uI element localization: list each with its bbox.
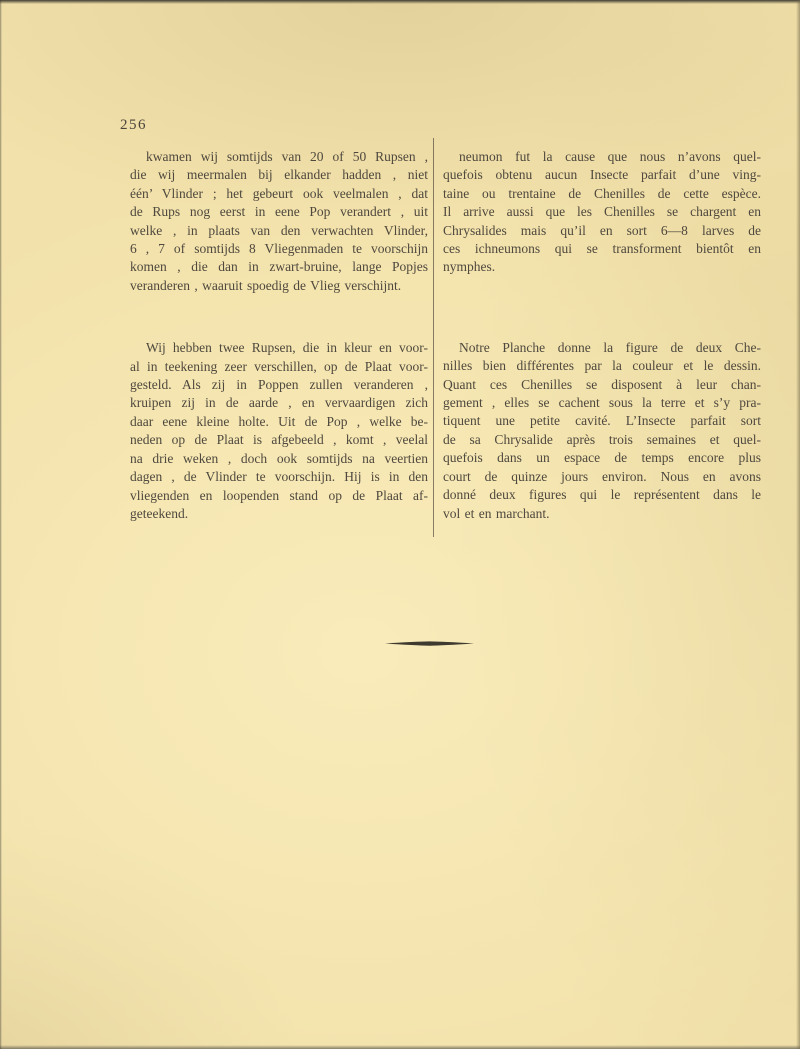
text-line: daar eene kleine holte. Uit de Pop , wel… [130,413,428,431]
text-line: gesteld. Als zij in Poppen zullen verand… [130,376,428,394]
text-line: vliegenden en loopenden stand op de Plaa… [130,487,428,505]
text-line: Quant ces Chenilles se disposent à leur … [443,376,761,394]
text-line: ces ichneumons qui se transforment bient… [443,240,761,258]
column-divider-rule [433,138,434,537]
scanned-book-page: { "page": { "number": "256", "paper_colo… [0,0,800,1049]
text-line: kwamen wij somtijds van 20 of 50 Rupsen … [130,148,428,166]
paragraph: Notre Planche donne la figure de deux Ch… [443,339,761,523]
text-line: welke , in plaats van den verwachten Vli… [130,222,428,240]
dutch-text-column: kwamen wij somtijds van 20 of 50 Rupsen … [130,148,428,523]
text-line: neden op de Plaat is afgebeeld , komt , … [130,431,428,449]
text-line: vol et en marchant. [443,505,761,523]
french-text-column: neumon fut la cause que nous n’avons que… [443,148,761,523]
text-line: veranderen , waaruit spoedig de Vlieg ve… [130,277,428,295]
text-line: quefois dans un espace de temps encore p… [443,449,761,467]
paragraph: Wij hebben twee Rupsen, die in kleur en … [130,339,428,523]
paragraph: kwamen wij somtijds van 20 of 50 Rupsen … [130,148,428,295]
scan-edge-bottom [0,1045,800,1049]
page-number: 256 [120,117,147,134]
text-line: na drie weken , doch ook somtijds na vee… [130,450,428,468]
text-line: Chrysalides mais qu’il en sort 6—8 larve… [443,222,761,240]
text-line: 6 , 7 of somtijds 8 Vliegenmaden te voor… [130,240,428,258]
scan-edge-top [0,0,800,4]
text-line: gement , elles se cachent sous la terre … [443,394,761,412]
text-line: de sa Chrysalide après trois semaines et… [443,431,761,449]
paragraph: neumon fut la cause que nous n’avons que… [443,148,761,277]
text-line: Wij hebben twee Rupsen, die in kleur en … [130,339,428,357]
text-line: nymphes. [443,258,761,276]
text-line: komen , die dan in zwart-bruine, lange P… [130,258,428,276]
text-line: donné deux figures qui le représentent d… [443,486,761,504]
text-line: één’ Vlinder ; het gebeurt ook veelmalen… [130,185,428,203]
text-line: de Rups nog eerst in eene Pop verandert … [130,203,428,221]
text-line: geteekend. [130,505,428,523]
text-line: tiquent une petite cavité. L’Insecte par… [443,412,761,430]
text-line: taine ou trentaine de Chenilles de cette… [443,185,761,203]
text-line: neumon fut la cause que nous n’avons que… [443,148,761,166]
scan-edge-left [0,0,2,1049]
scan-edge-right [796,0,800,1049]
text-line: quefois obtenu aucun Insecte parfait d’u… [443,166,761,184]
text-line: Il arrive aussi que les Chenilles se cha… [443,203,761,221]
text-line: dagen , de Vlinder te voorschijn. Hij is… [130,468,428,486]
section-divider-ornament [385,639,474,648]
text-line: al in teekening zeer verschillen, op de … [130,358,428,376]
text-line: Notre Planche donne la figure de deux Ch… [443,339,761,357]
text-line: court de quinze jours environ. Nous en a… [443,468,761,486]
text-line: nilles bien différentes par la couleur e… [443,357,761,375]
text-line: kruipen zij in de aarde , en vervaardige… [130,394,428,412]
text-line: die wij meermalen bij elkander hadden , … [130,166,428,184]
